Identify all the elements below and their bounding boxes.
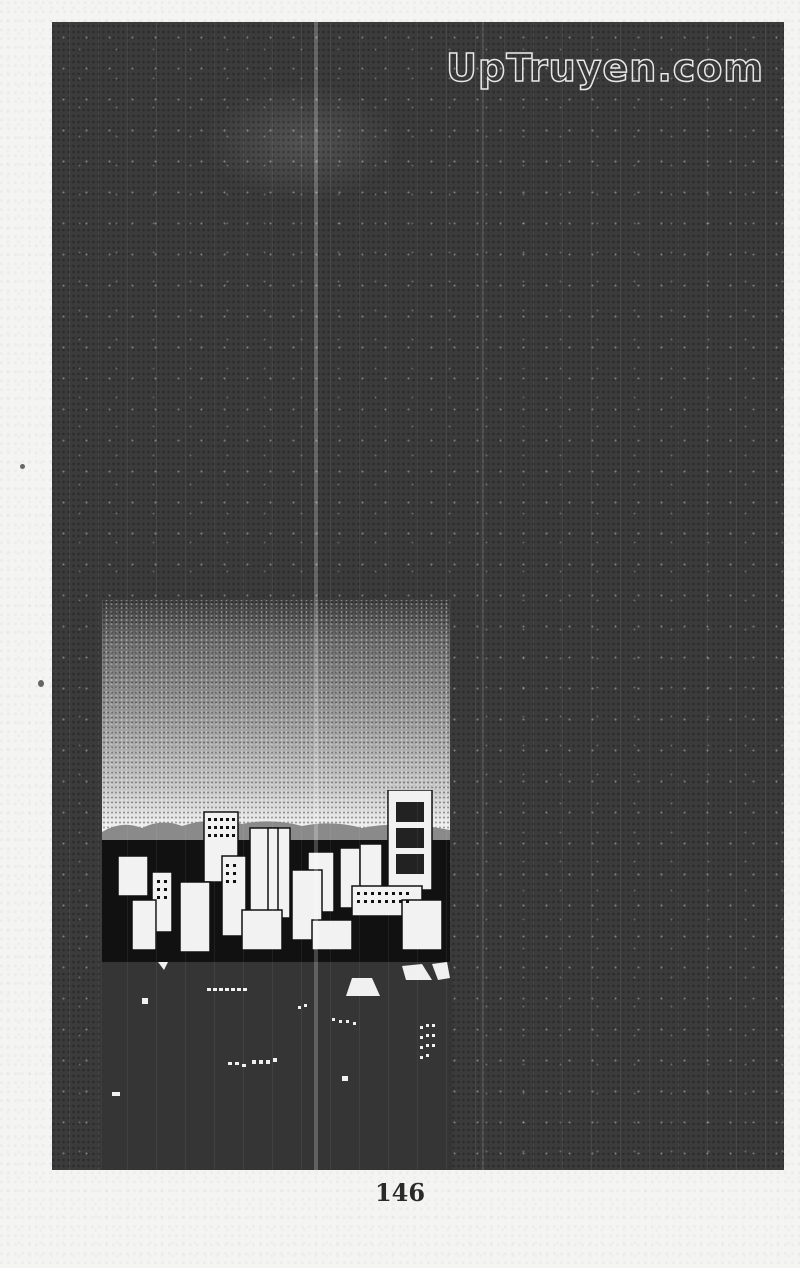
page-number: 146 <box>0 1178 800 1207</box>
night-city-illustration: UpTruyen.com <box>52 22 784 1170</box>
watermark-text: UpTruyen.com <box>446 46 764 90</box>
scan-speck <box>38 680 44 687</box>
scan-speck <box>20 464 25 469</box>
scan-streaks <box>52 22 784 1170</box>
